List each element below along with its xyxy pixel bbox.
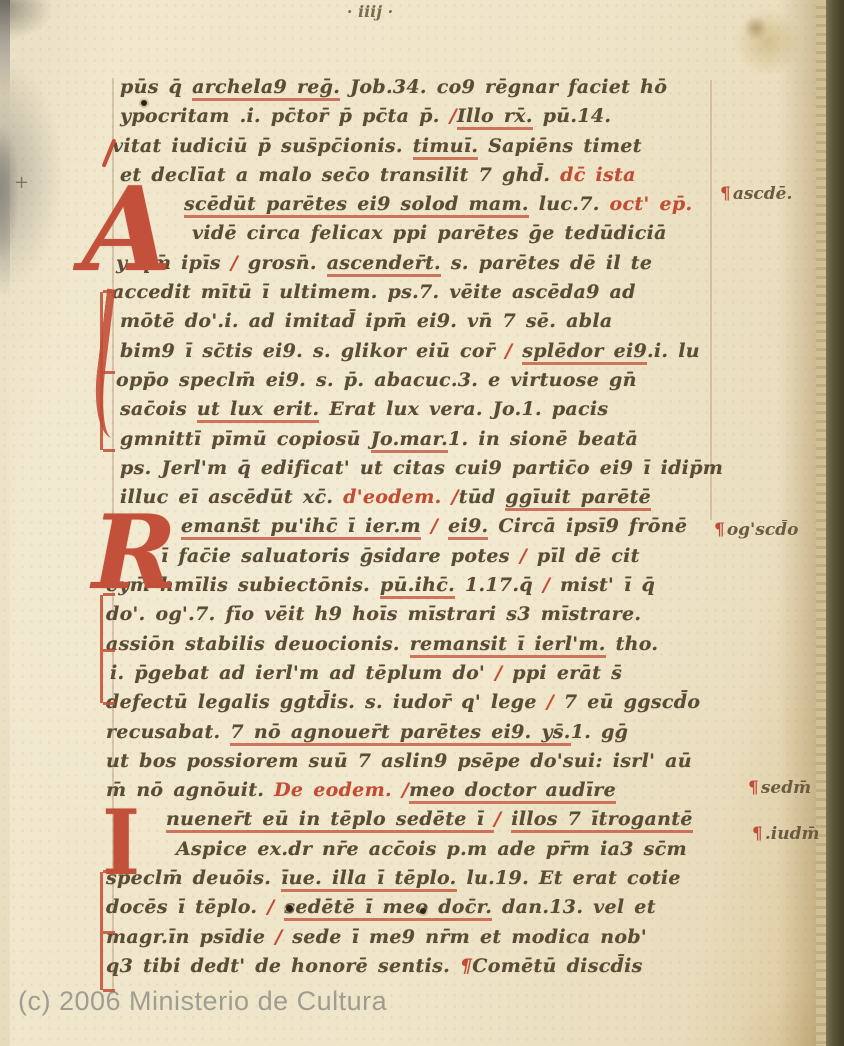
rubric-segment: / [547,691,554,713]
ink-segment: ggīuit parētē [505,486,651,511]
ink-segment: ascender̄t. [327,252,441,277]
wormhole [420,908,426,914]
ink-segment: lu.19. Et erat cotie [457,867,681,889]
rubric-segment: / [450,105,457,127]
text-line: opp̄o speclm̄ ei9. s. p̄. abacuc.3. e vi… [106,369,720,398]
ink-segment: Illo rx̄. [457,105,533,130]
ink-segment: Jo.mar. [371,428,448,453]
ink-segment: et declīat a malo sec̄o transilit 7 ghd̄… [120,164,560,186]
text-line: Aspice ex.dr nr̄e acc̄ois p.m ade pr̄m i… [106,838,720,867]
margin-note-text: og'scd̄o [727,520,799,540]
ink-segment: gmnittī pīmū copiosū [120,428,371,450]
ink-segment: magr.īn psīdie [106,926,275,948]
ink-segment: tho. [606,633,659,655]
margin-bracket [100,292,115,450]
ink-segment: defectū legalis ggtd̄is. s. iudor̄ q' le… [106,691,547,713]
margin-note: ¶og'scd̄o [714,520,810,540]
ink-segment [442,486,452,508]
ink-segment: splēdor ei9 [522,340,647,365]
ink-segment: emans̄t pu'ihc̄ ī ier.m [181,515,421,540]
text-line: magr.īn psīdie / sede ī me9 nr̄m et modi… [106,926,720,955]
text-line: accedit mītū ī ultimem. ps.7. vēite ascē… [106,281,720,310]
initial-letter-R: R [92,502,177,604]
wormhole [286,905,293,912]
ink-segment: opp̄o speclm̄ ei9. s. p̄. abacuc.3. e vi… [116,369,637,391]
text-line: ps. Jerl'm q̄ edificat' ut citas cui9 pa… [106,457,720,486]
ink-segment: luc.7. [529,193,610,215]
ink-segment: ps. Jerl'm q̄ edificat' ut citas cui9 pa… [120,457,723,479]
text-line: mōtē do'.i. ad imitad̄ ipm̄ ei9. vn̄ 7 s… [106,310,720,339]
ink-segment: vitat iudiciū p̄ sus̄pc̄ionis. [112,135,413,157]
ink-segment: dan.13. vel et [492,896,656,918]
ink-segment: mist' ī q̄ [550,574,655,596]
text-line: i. p̄gebat ad ierl'm ad tēplum do' / ppi… [106,662,720,691]
margin-note-text: sedm̄ [761,778,811,798]
paragraph-mark-icon: ¶ [748,778,759,798]
wormhole [141,100,147,106]
ink-segment: q3 tibi dedt' de honorē sentis. [106,955,460,977]
ink-segment: vidē circa felicax ppi parētes ḡe tedūdi… [192,222,667,244]
ink-segment: archela9 reḡ. [192,76,340,101]
ink-segment: s. parētes dē il te [441,252,652,274]
rubric-segment: oct' ep̄. [610,193,693,215]
ink-segment: meo doctor audīre [409,779,616,804]
text-line: ī fac̄ie saluatoris ḡsidare potes / pīl … [106,545,720,574]
text-line: do'. og'.7. fīo vēit h9 hoīs mīstrari s3… [106,603,720,632]
text-line: gmnittī pīmū copiosū Jo.mar.1. in sionē … [106,428,720,457]
ink-segment: recusabat. [106,721,230,743]
text-line: ypocritam .i. pc̄tor̄ p̄ pc̄ta p̄. /Illo… [106,105,720,134]
ink-segment: illos 7 ītrogantē [511,808,693,833]
parchment-page: + · iiij · pūs q̄ archela9 reḡ. Job.34. … [0,0,844,1046]
ink-segment: accedit mītū ī ultimem. ps.7. vēite ascē… [112,281,636,303]
margin-bracket [100,595,115,703]
ink-segment: sede ī me9 nr̄m et modica nob' [282,926,647,948]
ink-segment [501,808,511,830]
ink-segment [512,340,522,362]
text-line: scēdūt parētes ei9 solod mam. luc.7. oct… [106,193,720,222]
ink-segment [392,779,402,801]
ink-segment: remansit ī ierl'm. [410,633,606,658]
ink-segment: īue. illa ī tēplo. [281,867,456,892]
rubric-segment: d'eodem. [343,486,441,508]
text-line: speclm̄ deuōis. īue. illa ī tēplo. lu.19… [106,867,720,896]
text-line: bim9 ī sc̄tis ei9. s. glikor eiū cor̄ / … [106,340,720,369]
ink-segment [421,515,431,537]
ink-segment: ypocritam .i. pc̄tor̄ p̄ pc̄ta p̄. [120,105,450,127]
rubric-segment: / [451,486,458,508]
ink-segment: 1. gḡ [571,721,629,743]
text-line: eym̄ hmīlis subiectōnis. pū.ihc̄. 1.17.q… [106,574,720,603]
ink-segment: pīl dē cit [527,545,640,567]
right-book-edge [826,0,844,1046]
ink-segment: pū.ihc̄. [380,574,455,599]
ink-segment: Circā ipsī9 frōnē [488,515,687,537]
rubric-segment: / [520,545,527,567]
ink-segment: ut bos possiorem suū 7 aslin9 psēpe do's… [106,750,692,772]
margin-note: ¶ascdē. [720,184,816,204]
ink-segment: pūs q̄ [120,76,192,98]
ink-segment: mōtē do'.i. ad imitad̄ ipm̄ ei9. vn̄ 7 s… [120,310,612,332]
paragraph-mark-icon: ¶ [720,184,731,204]
ink-segment [274,896,284,918]
text-line: docēs ī tēplo. / sedētē ī meo doc̄r. dan… [106,896,720,925]
ink-segment: ppi erāt s̄ [502,662,622,684]
paragraph-mark-icon: ¶ [752,824,763,844]
right-page-edges [816,0,826,1046]
rubric-segment: / [402,779,409,801]
ink-segment: timuī. [413,135,479,160]
ink-segment: .i. lu [647,340,700,362]
folio-number: · iiij · [300,2,440,21]
ink-segment: ī fac̄ie saluatoris ḡsidare potes [161,545,520,567]
ink-segment: tūd [459,486,506,508]
margin-note: ¶sedm̄ [748,778,844,798]
text-line: y qm̄ ipīs / grosn̄. ascender̄t. s. parē… [106,252,720,281]
initial-letter-A: A [82,172,172,288]
ink-segment: assiōn stabilis deuocionis. [106,633,410,655]
text-line: assiōn stabilis deuocionis. remansit ī i… [106,633,720,662]
margin-bracket [100,872,115,990]
paragraph-mark-icon: ¶ [714,520,725,540]
copyright-watermark: (c) 2006 Ministerio de Cultura [18,986,387,1017]
margin-note-text: ascdē. [733,184,793,204]
text-line: nuener̄t eū in tēplo sedēte ī / illos 7 … [106,808,720,837]
ink-segment: 1. in sionē beatā [448,428,638,450]
ink-segment: bim9 ī sc̄tis ei9. s. glikor eiū cor̄ [120,340,505,362]
text-line: et declīat a malo sec̄o transilit 7 ghd̄… [106,164,720,193]
text-line: emans̄t pu'ihc̄ ī ier.m / ei9. Circā ips… [106,515,720,544]
ink-segment: Aspice ex.dr nr̄e acc̄ois p.m ade pr̄m i… [176,838,687,860]
rubric-segment: / [231,252,238,274]
ink-segment: docēs ī tēplo. [106,896,267,918]
rubric-segment: ¶ [460,955,472,977]
ink-segment: 1.17.q̄ [455,574,543,596]
ink-segment: grosn̄. [238,252,327,274]
text-line: sac̄ois ut lux erit. Erat lux vera. Jo.1… [106,398,720,427]
ink-segment: scēdūt parētes ei9 solod mam. [184,193,529,218]
text-line: q3 tibi dedt' de honorē sentis. ¶Comētū … [106,955,720,984]
rubric-segment: De eodem. [274,779,392,801]
ink-segment: sac̄ois [120,398,197,420]
rubric-segment: dc̄ ista [560,164,636,186]
ink-segment: pū.14. [533,105,611,127]
ink-segment: sedētē ī meo doc̄r. [284,896,492,921]
ink-segment: Comētū discd̄is [472,955,642,977]
ink-segment: do'. og'.7. fīo vēit h9 hoīs mīstrari s3… [106,603,641,625]
ink-segment: ei9. [448,515,488,540]
ink-segment: 7 nō agnouer̄t parētes ei9. ys̄. [230,721,570,746]
margin-note: ¶.iudm̄ [752,824,844,844]
text-line: m̄ nō agnōuit. De eodem. /meo doctor aud… [106,779,720,808]
ink-segment: ut lux erit. [197,398,320,423]
ink-segment: Sapiēns timet [478,135,642,157]
text-line: illuc eī ascēdūt xc̄. d'eodem. /tūd ggīu… [106,486,720,515]
text-line: recusabat. 7 nō agnouer̄t parētes ei9. y… [106,721,720,750]
text-line: defectū legalis ggtd̄is. s. iudor̄ q' le… [106,691,720,720]
margin-cross-mark: + [14,172,29,193]
ink-segment [438,515,448,537]
text-line: vitat iudiciū p̄ sus̄pc̄ionis. timuī. Sa… [106,135,720,164]
text-line: ut bos possiorem suū 7 aslin9 psēpe do's… [106,750,720,779]
ink-segment: 7 eū ggscd̄o [554,691,700,713]
ink-segment: nuener̄t eū in tēplo sedēte ī [166,808,494,833]
manuscript-photo: + · iiij · pūs q̄ archela9 reḡ. Job.34. … [0,0,844,1046]
ink-segment: Job.34. co9 rēgnar faciet hō [340,76,667,98]
text-line: pūs q̄ archela9 reḡ. Job.34. co9 rēgnar … [106,76,720,105]
ink-segment: i. p̄gebat ad ierl'm ad tēplum do' [110,662,495,684]
ink-segment: Erat lux vera. Jo.1. pacis [319,398,608,420]
text-block: pūs q̄ archela9 reḡ. Job.34. co9 rēgnar … [106,76,720,984]
text-line: vidē circa felicax ppi parētes ḡe tedūdi… [106,222,720,251]
margin-note-text: .iudm̄ [765,824,820,844]
